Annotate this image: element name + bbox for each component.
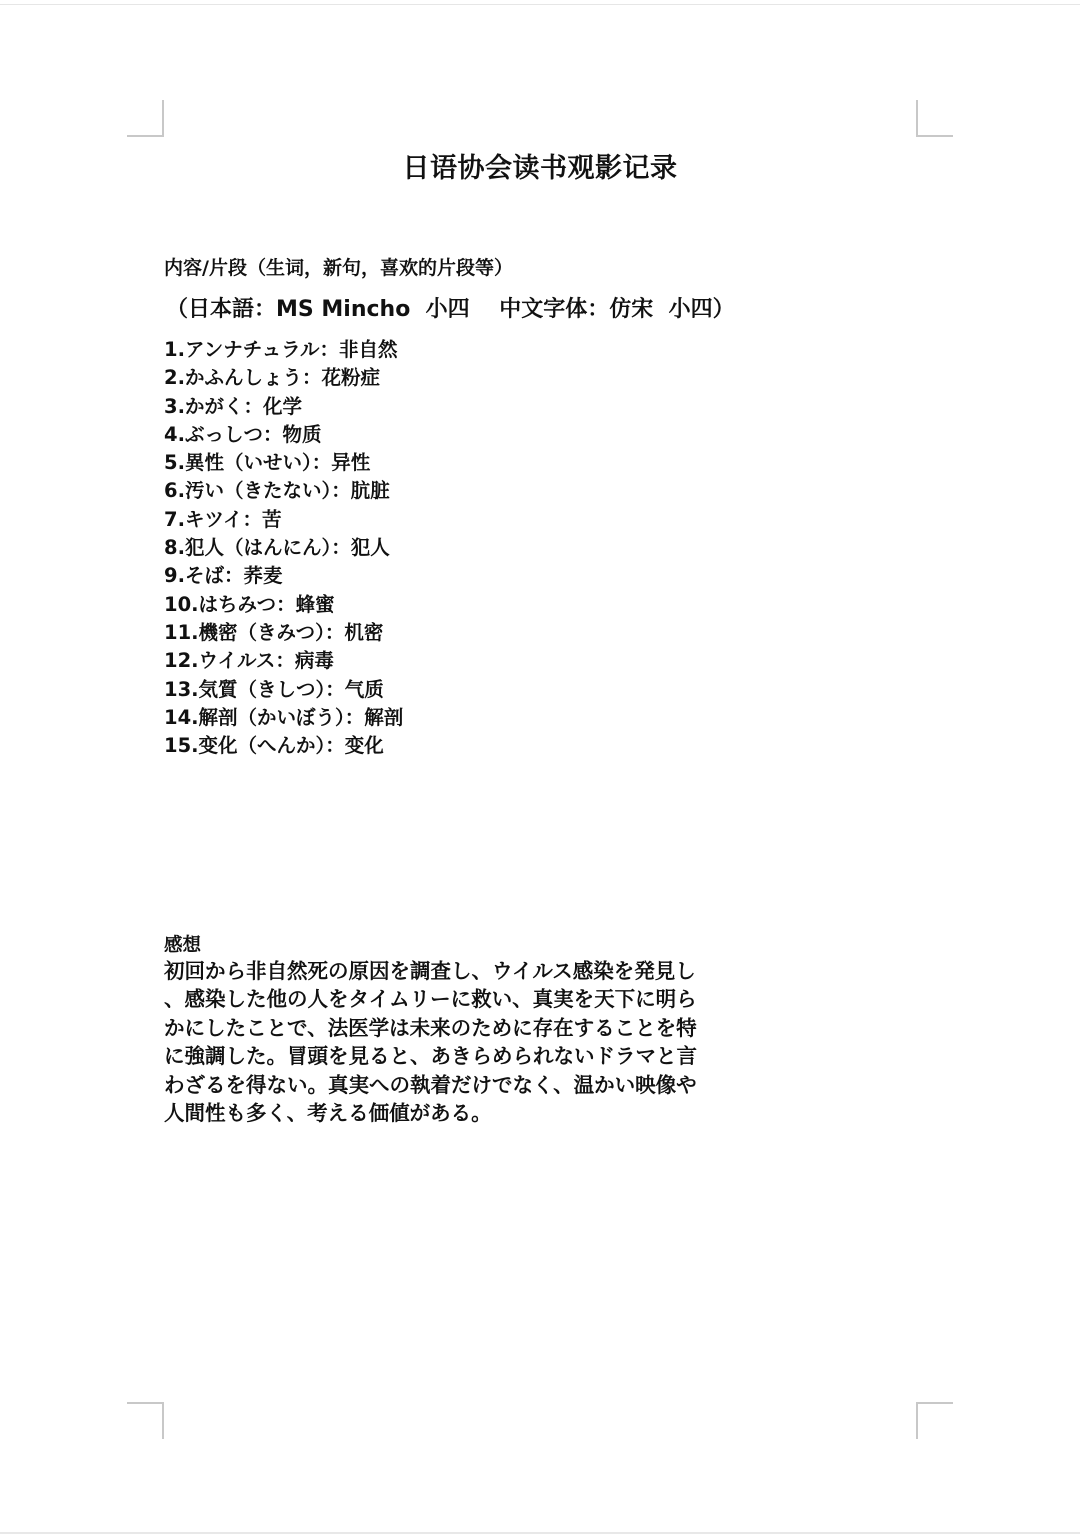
vocabulary-list: 1.アンナチュラル：非自然 2.かふんしょう：花粉症 3.かがく：化学 4.ぶっ… bbox=[164, 336, 403, 760]
impressions-line: かにしたことで、法医学は未来のために存在することを特 bbox=[164, 1014, 764, 1042]
impressions-heading: 感想 bbox=[164, 931, 201, 957]
vocab-item: 3.かがく：化学 bbox=[164, 393, 403, 421]
impressions-line: 、感染した他の人をタイムリーに救い、真実を天下に明ら bbox=[164, 985, 764, 1013]
vocab-item: 13.気質（きしつ）：气质 bbox=[164, 676, 403, 704]
vocab-item: 1.アンナチュラル：非自然 bbox=[164, 336, 403, 364]
vocab-item: 15.变化（へんか）：变化 bbox=[164, 732, 403, 760]
vocab-item: 10.はちみつ：蜂蜜 bbox=[164, 591, 403, 619]
section-subtitle: 内容/片段（生词，新句，喜欢的片段等） bbox=[164, 253, 513, 280]
impressions-line: 初回から非自然死の原因を調査し、ウイルス感染を発見し bbox=[164, 957, 764, 985]
vocab-item: 6.汚い（きたない）：肮脏 bbox=[164, 477, 403, 505]
impressions-line: 人間性も多く、考える価値がある。 bbox=[164, 1099, 764, 1127]
impressions-line: に強調した。冒頭を見ると、あきらめられないドラマと言 bbox=[164, 1042, 764, 1070]
vocab-item: 9.そば：荞麦 bbox=[164, 562, 403, 590]
impressions-line: わざるを得ない。真実への執着だけでなく、温かい映像や bbox=[164, 1071, 764, 1099]
page-top-edge bbox=[0, 4, 1080, 5]
vocab-item: 8.犯人（はんにん）：犯人 bbox=[164, 534, 403, 562]
font-note: （日本語：MS Mincho 小四 中文字体：仿宋 小四） bbox=[166, 292, 735, 323]
impressions-paragraph: 初回から非自然死の原因を調査し、ウイルス感染を発見し 、感染した他の人をタイムリ… bbox=[164, 957, 764, 1127]
document-title: 日语协会读书观影记录 bbox=[0, 146, 1080, 185]
vocab-item: 14.解剖（かいぼう）：解剖 bbox=[164, 704, 403, 732]
vocab-item: 11.機密（きみつ）：机密 bbox=[164, 619, 403, 647]
vocab-item: 2.かふんしょう：花粉症 bbox=[164, 364, 403, 392]
vocab-item: 12.ウイルス：病毒 bbox=[164, 647, 403, 675]
page-bottom-edge bbox=[0, 1532, 1080, 1534]
vocab-item: 5.異性（いせい）：异性 bbox=[164, 449, 403, 477]
vocab-item: 4.ぶっしつ：物质 bbox=[164, 421, 403, 449]
vocab-item: 7.キツイ：苦 bbox=[164, 506, 403, 534]
